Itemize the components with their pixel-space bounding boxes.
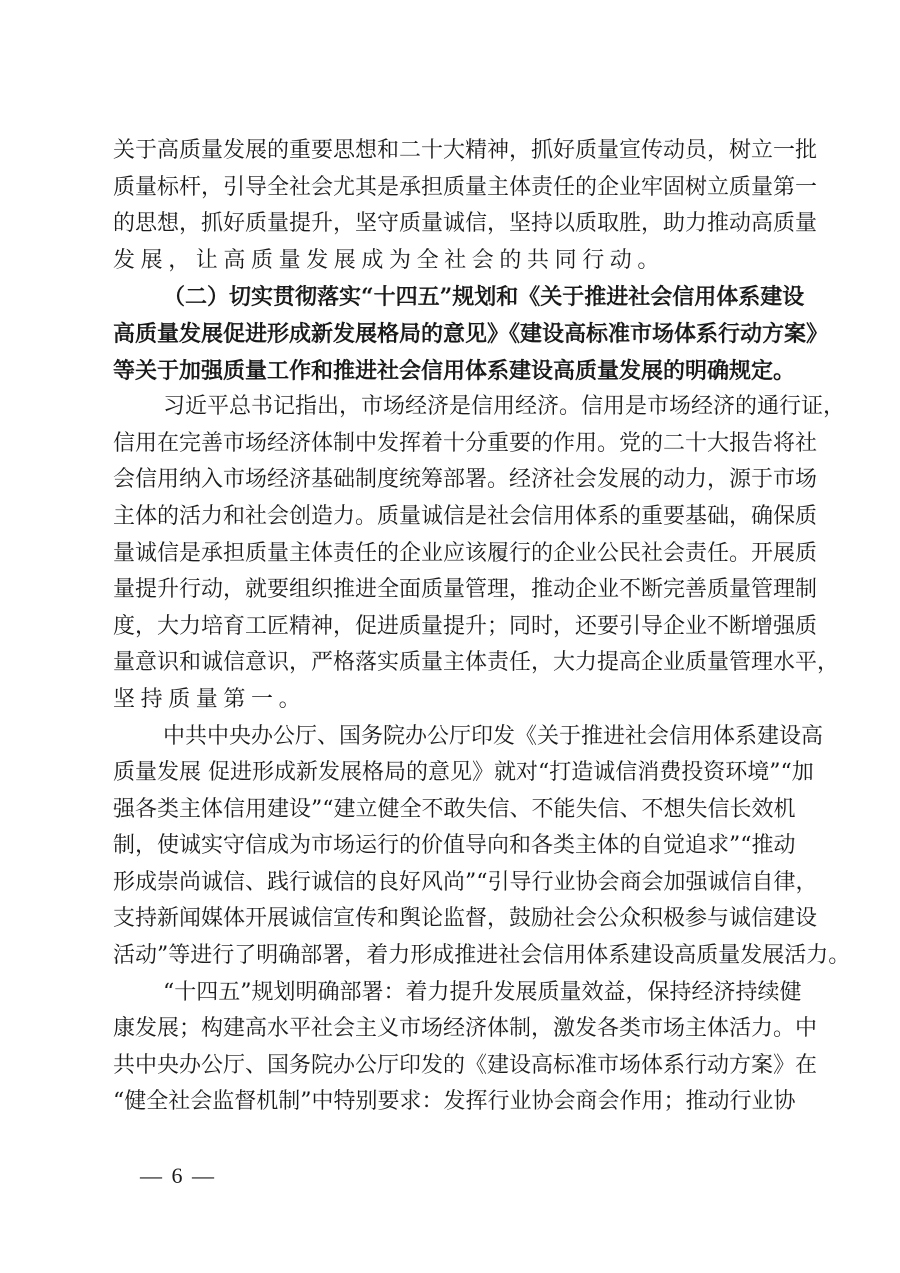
text-line: 关于高质量发展的重要思想和二十大精神，抓好质量宣传动员，树立一批 (113, 133, 788, 170)
document-page: 关于高质量发展的重要思想和二十大精神，抓好质量宣传动员，树立一批 质量标杆，引导… (113, 133, 788, 1121)
text-line: “十四五”规划明确部署：着力提升发展质量效益，保持经济持续健 (113, 975, 788, 1012)
text-line: 度，大力培育工匠精神，促进质量提升；同时，还要引导企业不断增强质 (113, 609, 788, 646)
heading-line: 高质量发展促进形成新发展格局的意见》《建设高标准市场体系行动方案》 (113, 316, 788, 353)
heading-line: （二）切实贯彻落实“十四五”规划和《关于推进社会信用体系建设 (113, 279, 788, 316)
text-line: 主体的活力和社会创造力。质量诚信是社会信用体系的重要基础，确保质 (113, 499, 788, 536)
heading-line: 等关于加强质量工作和推进社会信用体系建设高质量发展的明确规定。 (113, 353, 788, 390)
text-line: 量诚信是承担质量主体责任的企业应该履行的企业公民社会责任。开展质 (113, 536, 788, 573)
text-line: 坚持质量第一。 (113, 682, 788, 719)
text-line: 发展，让高质量发展成为全社会的共同行动。 (113, 243, 788, 280)
text-line: 支持新闻媒体开展诚信宣传和舆论监督，鼓励社会公众积极参与诚信建设 (113, 901, 788, 938)
text-line: 中共中央办公厅、国务院办公厅印发《关于推进社会信用体系建设高 (113, 719, 788, 756)
text-line: 康发展；构建高水平社会主义市场经济体制，激发各类市场主体活力。中 (113, 1011, 788, 1048)
text-line: 共中央办公厅、国务院办公厅印发的《建设高标准市场体系行动方案》在 (113, 1048, 788, 1085)
page-number: — 6 — (140, 1163, 216, 1189)
text-line: 制，使诚实守信成为市场运行的价值导向和各类主体的自觉追求”“推动 (113, 828, 788, 865)
paragraph-central-office-opinion: 中共中央办公厅、国务院办公厅印发《关于推进社会信用体系建设高 质量发展 促进形成… (113, 719, 788, 975)
text-line: 量意识和诚信意识，严格落实质量主体责任，大力提高企业质量管理水平， (113, 645, 788, 682)
text-line: 习近平总书记指出，市场经济是信用经济。信用是市场经济的通行证， (113, 389, 788, 426)
paragraph-continuation: 关于高质量发展的重要思想和二十大精神，抓好质量宣传动员，树立一批 质量标杆，引导… (113, 133, 788, 279)
text-line: 质量发展 促进形成新发展格局的意见》就对“打造诚信消费投资环境”“加 (113, 755, 788, 792)
text-line: 活动”等进行了明确部署，着力形成推进社会信用体系建设高质量发展活力。 (113, 938, 788, 975)
text-line: 信用在完善市场经济体制中发挥着十分重要的作用。党的二十大报告将社 (113, 426, 788, 463)
paragraph-14th-five-year-plan: “十四五”规划明确部署：着力提升发展质量效益，保持经济持续健 康发展；构建高水平… (113, 975, 788, 1121)
text-line: 量提升行动，就要组织推进全面质量管理，推动企业不断完善质量管理制 (113, 572, 788, 609)
paragraph-credit-economy: 习近平总书记指出，市场经济是信用经济。信用是市场经济的通行证， 信用在完善市场经… (113, 389, 788, 718)
section-heading: （二）切实贯彻落实“十四五”规划和《关于推进社会信用体系建设 高质量发展促进形成… (113, 279, 788, 389)
text-line: 强各类主体信用建设”“建立健全不敢失信、不能失信、不想失信长效机 (113, 792, 788, 829)
text-line: 的思想，抓好质量提升，坚守质量诚信，坚持以质取胜，助力推动高质量 (113, 206, 788, 243)
text-line: 会信用纳入市场经济基础制度统筹部署。经济社会发展的动力，源于市场 (113, 462, 788, 499)
text-line: 形成崇尚诚信、践行诚信的良好风尚”“引导行业协会商会加强诚信自律， (113, 865, 788, 902)
text-line: “健全社会监督机制”中特别要求：发挥行业协会商会作用；推动行业协 (113, 1084, 788, 1121)
text-line: 质量标杆，引导全社会尤其是承担质量主体责任的企业牢固树立质量第一 (113, 170, 788, 207)
